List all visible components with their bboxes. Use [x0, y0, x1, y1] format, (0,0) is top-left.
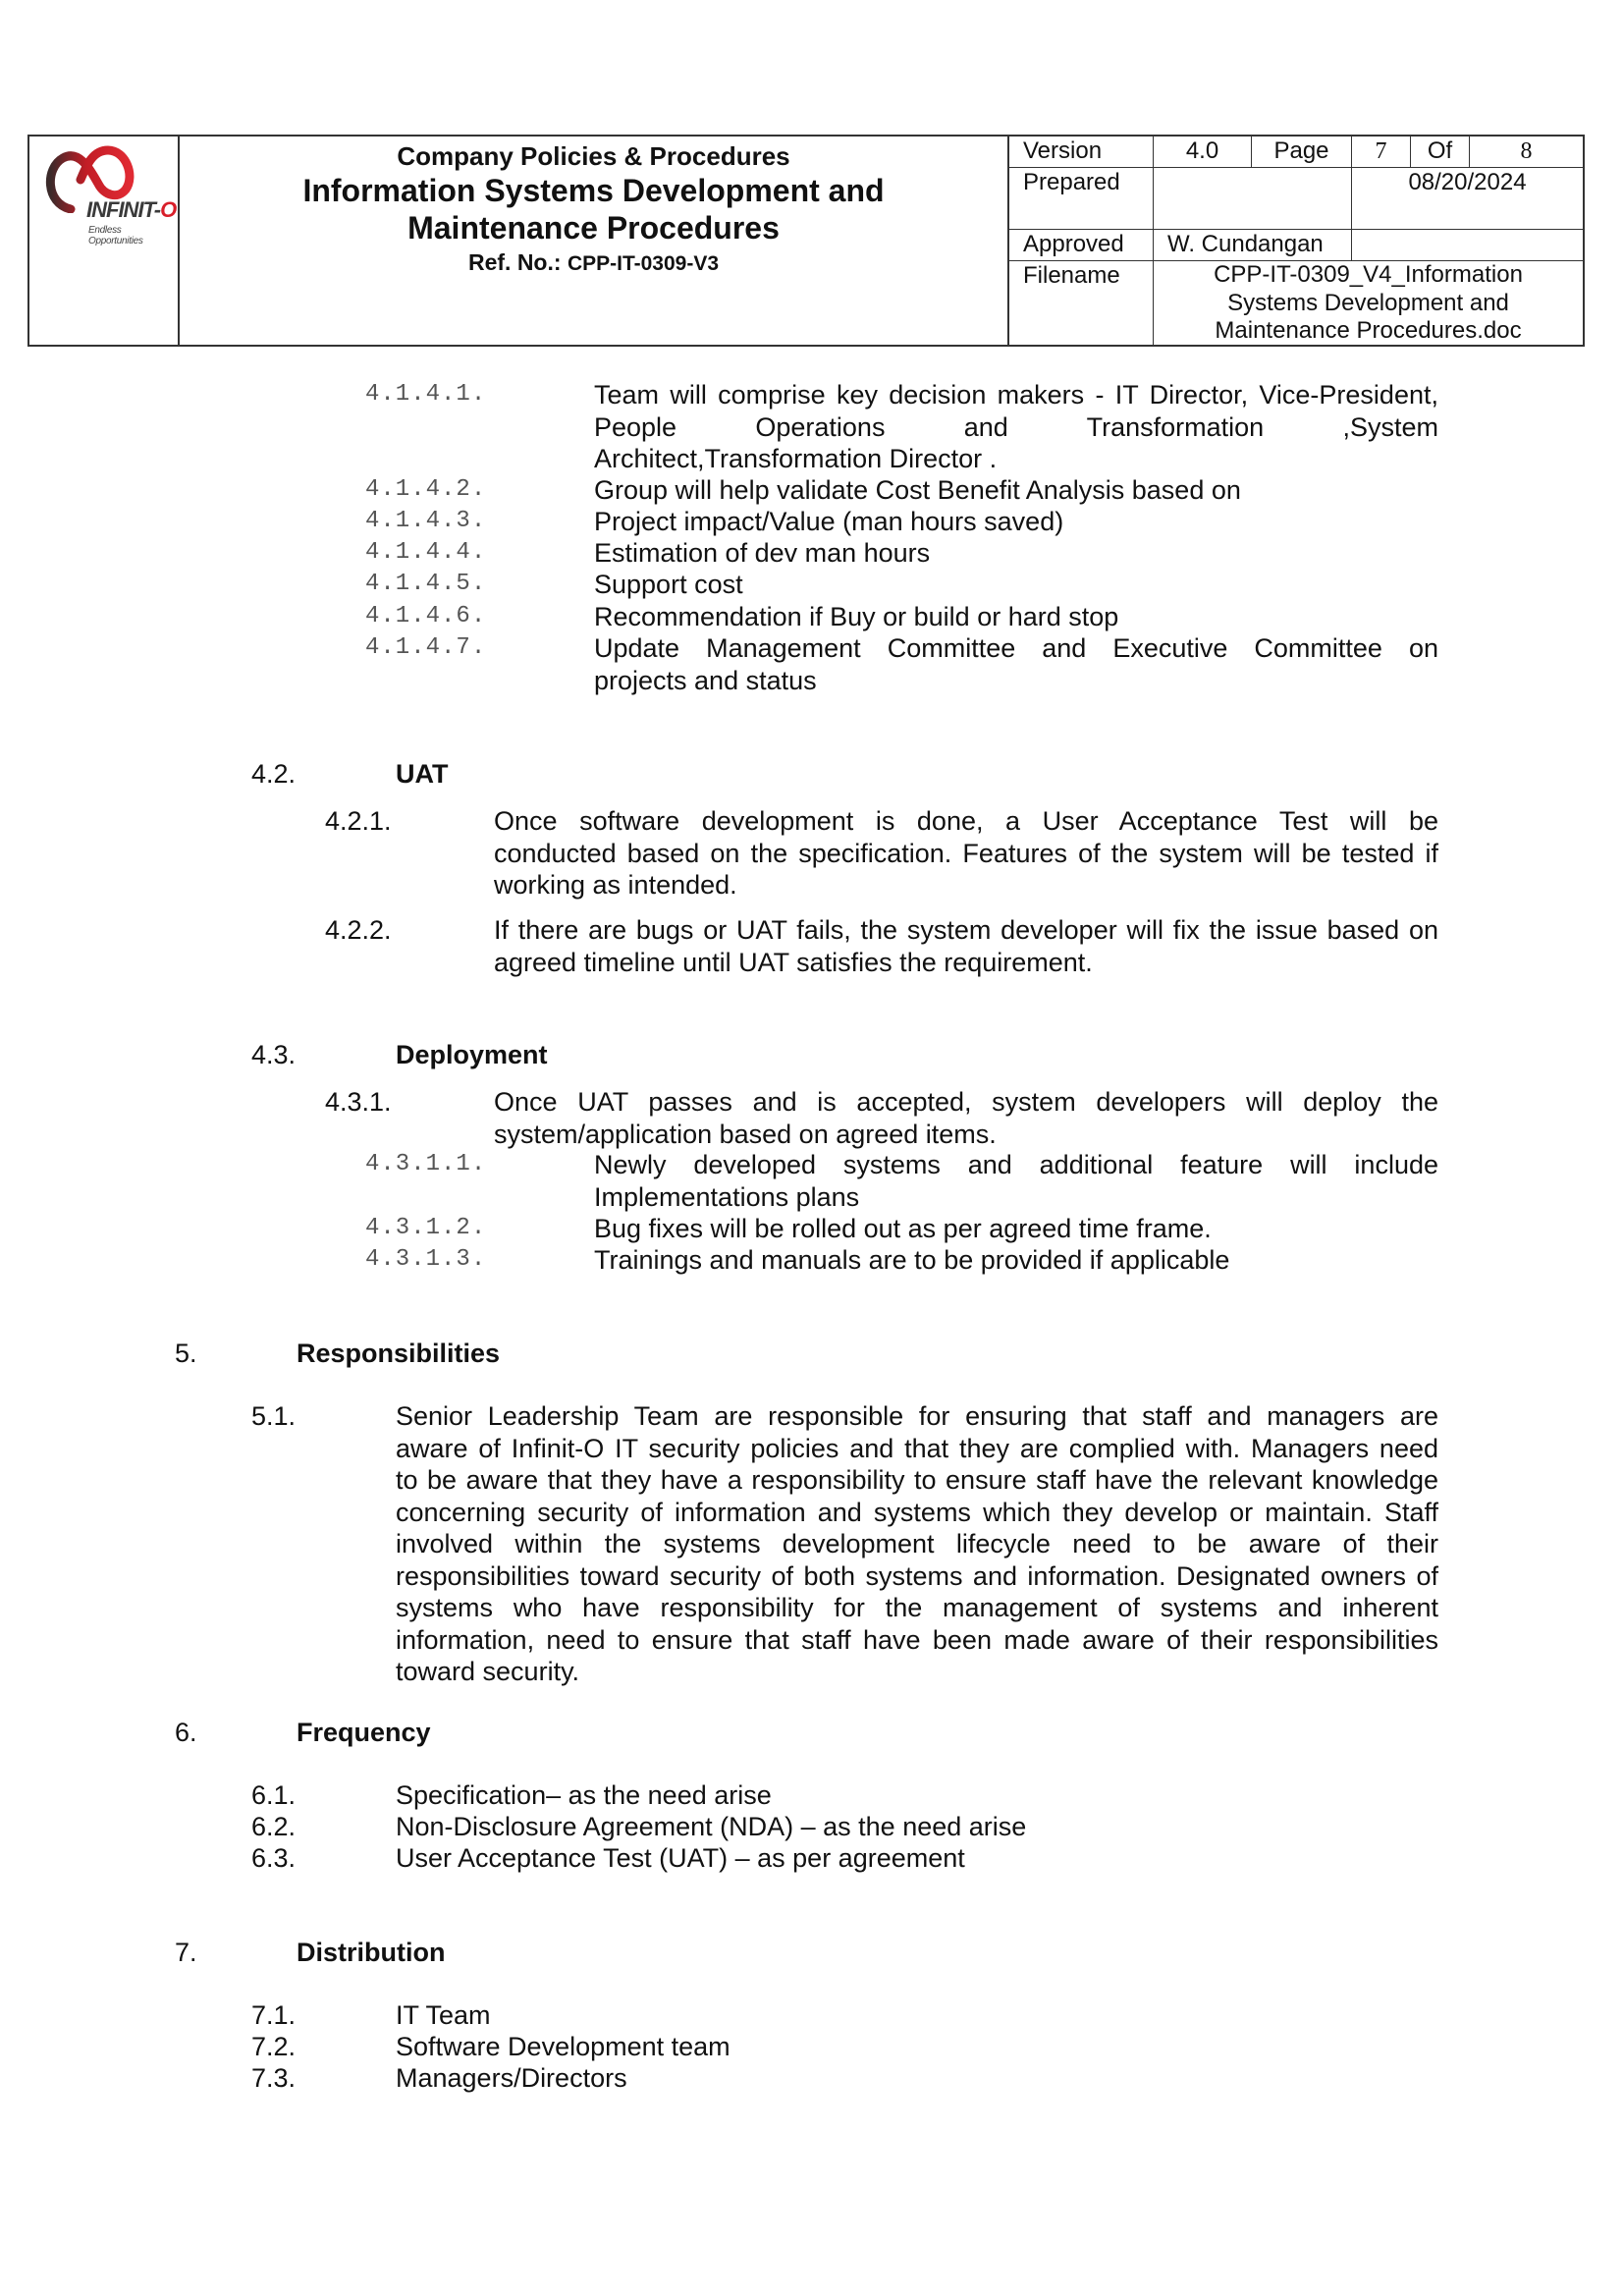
text-line: agreed timeline until UAT satisfies the …	[494, 947, 1438, 979]
text-line: conducted based on the specification. Fe…	[494, 838, 1438, 870]
item-number: 4.2.2.	[325, 914, 392, 946]
logo-name-accent: O	[160, 197, 176, 222]
item-number: 4.3.1.2.	[365, 1213, 486, 1244]
text-line: Architect,Transformation Director .	[594, 443, 1438, 475]
text-line: If there are bugs or UAT fails, the syst…	[494, 914, 1438, 947]
section-number: 4.3.	[251, 1039, 296, 1070]
list-item-text: Project impact/Value (man hours saved)	[594, 506, 1063, 537]
text-line: aware of Infinit-O IT security policies …	[396, 1433, 1438, 1465]
list-item-text: Once software development is done, a Use…	[494, 805, 1438, 902]
filename-line: Maintenance Procedures.doc	[1154, 317, 1583, 346]
document-meta-table: Version 4.0 Page 7 Of 8 Prepared 08/20/2…	[1009, 137, 1583, 345]
list-item-text: Trainings and manuals are to be provided…	[594, 1244, 1229, 1276]
approved-label: Approved	[1009, 230, 1154, 260]
list-item-text: IT Team	[396, 1999, 491, 2031]
section-number: 6.	[175, 1717, 197, 1748]
text-line: Newly developed systems and additional f…	[594, 1149, 1438, 1181]
item-number: 6.3.	[251, 1842, 296, 1874]
section-heading-distribution: Distribution	[297, 1937, 445, 1968]
approved-date	[1352, 230, 1583, 260]
filename-value: CPP-IT-0309_V4_Information Systems Devel…	[1154, 261, 1583, 345]
list-item-text: Estimation of dev man hours	[594, 537, 930, 569]
item-number: 4.3.1.1.	[365, 1149, 486, 1180]
ref-value: CPP-IT-0309-V3	[568, 252, 719, 275]
prepared-date: 08/20/2024	[1352, 168, 1583, 229]
list-item-text: Group will help validate Cost Benefit An…	[594, 474, 1241, 506]
approved-by: W. Cundangan	[1154, 230, 1352, 260]
logo-tagline: Endless Opportunities	[88, 225, 178, 246]
item-number: 4.1.4.4.	[365, 537, 486, 569]
document-header: INFINIT-O Endless Opportunities Company …	[27, 135, 1585, 347]
list-item-text: Once UAT passes and is accepted, system …	[494, 1086, 1438, 1150]
item-number: 4.1.4.2.	[365, 474, 486, 506]
list-item-text: Software Development team	[396, 2031, 730, 2062]
text-line: involved within the systems development …	[396, 1528, 1438, 1560]
list-item-text: If there are bugs or UAT fails, the syst…	[494, 914, 1438, 978]
filename-line: Systems Development and	[1154, 290, 1583, 318]
version-value: 4.0	[1154, 137, 1252, 167]
list-item-text: Update Management Committee and Executiv…	[594, 632, 1438, 696]
of-label: Of	[1411, 137, 1470, 167]
item-number: 7.2.	[251, 2031, 296, 2062]
text-line: working as intended.	[494, 869, 1438, 902]
list-item-text: Specification– as the need arise	[396, 1779, 772, 1811]
text-line: responsibilities toward security of both…	[396, 1560, 1438, 1593]
item-number: 4.2.1.	[325, 805, 392, 837]
logo-wordmark: INFINIT-O	[86, 197, 176, 223]
list-item-text: Bug fixes will be rolled out as per agre…	[594, 1213, 1212, 1244]
item-number: 7.3.	[251, 2062, 296, 2094]
section-number: 7.	[175, 1937, 197, 1968]
item-number: 4.1.4.7.	[365, 632, 486, 664]
text-line: toward security.	[396, 1656, 1438, 1688]
section-heading-uat: UAT	[396, 758, 449, 790]
list-item-text: Managers/Directors	[396, 2062, 627, 2094]
list-item-text: Team will comprise key decision makers -…	[594, 379, 1438, 475]
document-title-line1: Information Systems Development and	[180, 172, 1007, 209]
list-item-text: Recommendation if Buy or build or hard s…	[594, 601, 1118, 632]
meta-row-version: Version 4.0 Page 7 Of 8	[1009, 137, 1583, 168]
item-number: 6.2.	[251, 1811, 296, 1842]
meta-row-filename: Filename CPP-IT-0309_V4_Information Syst…	[1009, 261, 1583, 345]
page-number: 7	[1352, 137, 1411, 167]
item-number: 4.3.1.	[325, 1086, 392, 1118]
meta-row-prepared: Prepared 08/20/2024	[1009, 168, 1583, 230]
text-line: Update Management Committee and Executiv…	[594, 632, 1438, 665]
section-heading-deployment: Deployment	[396, 1039, 548, 1070]
version-label: Version	[1009, 137, 1154, 167]
item-number: 4.1.4.3.	[365, 506, 486, 537]
list-item-text: Senior Leadership Team are responsible f…	[396, 1400, 1438, 1688]
section-number: 4.2.	[251, 758, 296, 790]
item-number: 4.1.4.1.	[365, 379, 486, 410]
logo-name-main: INFINIT-	[86, 197, 160, 222]
list-item-text: Non-Disclosure Agreement (NDA) – as the …	[396, 1811, 1026, 1842]
prepared-label: Prepared	[1009, 168, 1154, 229]
document-title-line2: Maintenance Procedures	[180, 209, 1007, 246]
prepared-by	[1154, 168, 1352, 229]
page-total: 8	[1470, 137, 1583, 167]
item-number: 4.3.1.3.	[365, 1244, 486, 1276]
section-heading-responsibilities: Responsibilities	[297, 1338, 500, 1369]
meta-row-approved: Approved W. Cundangan	[1009, 230, 1583, 261]
text-line: information, need to ensure that staff h…	[396, 1624, 1438, 1657]
text-line: systems who have responsibility for the …	[396, 1592, 1438, 1624]
company-logo: INFINIT-O Endless Opportunities	[29, 137, 180, 345]
item-number: 4.1.4.6.	[365, 601, 486, 632]
item-number: 4.1.4.5.	[365, 569, 486, 600]
reference-number: Ref. No.: CPP-IT-0309-V3	[180, 246, 1007, 280]
text-line: People Operations and Transformation ,Sy…	[594, 411, 1438, 444]
list-item-text: Support cost	[594, 569, 743, 600]
section-number: 5.	[175, 1338, 197, 1369]
filename-label: Filename	[1009, 261, 1154, 345]
text-line: Team will comprise key decision makers -…	[594, 379, 1438, 411]
section-heading-frequency: Frequency	[297, 1717, 431, 1748]
item-number: 6.1.	[251, 1779, 296, 1811]
list-item-text: User Acceptance Test (UAT) – as per agre…	[396, 1842, 965, 1874]
text-line: concerning security of information and s…	[396, 1497, 1438, 1529]
text-line: projects and status	[594, 665, 1438, 697]
company-label: Company Policies & Procedures	[180, 140, 1007, 172]
page-label: Page	[1252, 137, 1352, 167]
item-number: 5.1.	[251, 1400, 296, 1432]
text-line: Once UAT passes and is accepted, system …	[494, 1086, 1438, 1119]
filename-line: CPP-IT-0309_V4_Information	[1154, 261, 1583, 290]
list-item-text: Newly developed systems and additional f…	[594, 1149, 1438, 1213]
text-line: Once software development is done, a Use…	[494, 805, 1438, 838]
text-line: to be aware that they have a responsibil…	[396, 1464, 1438, 1497]
document-title-block: Company Policies & Procedures Informatio…	[180, 137, 1009, 345]
item-number: 7.1.	[251, 1999, 296, 2031]
text-line: Implementations plans	[594, 1181, 1438, 1214]
text-line: system/application based on agreed items…	[494, 1119, 1438, 1151]
text-line: Senior Leadership Team are responsible f…	[396, 1400, 1438, 1433]
ref-label: Ref. No.:	[468, 249, 562, 275]
